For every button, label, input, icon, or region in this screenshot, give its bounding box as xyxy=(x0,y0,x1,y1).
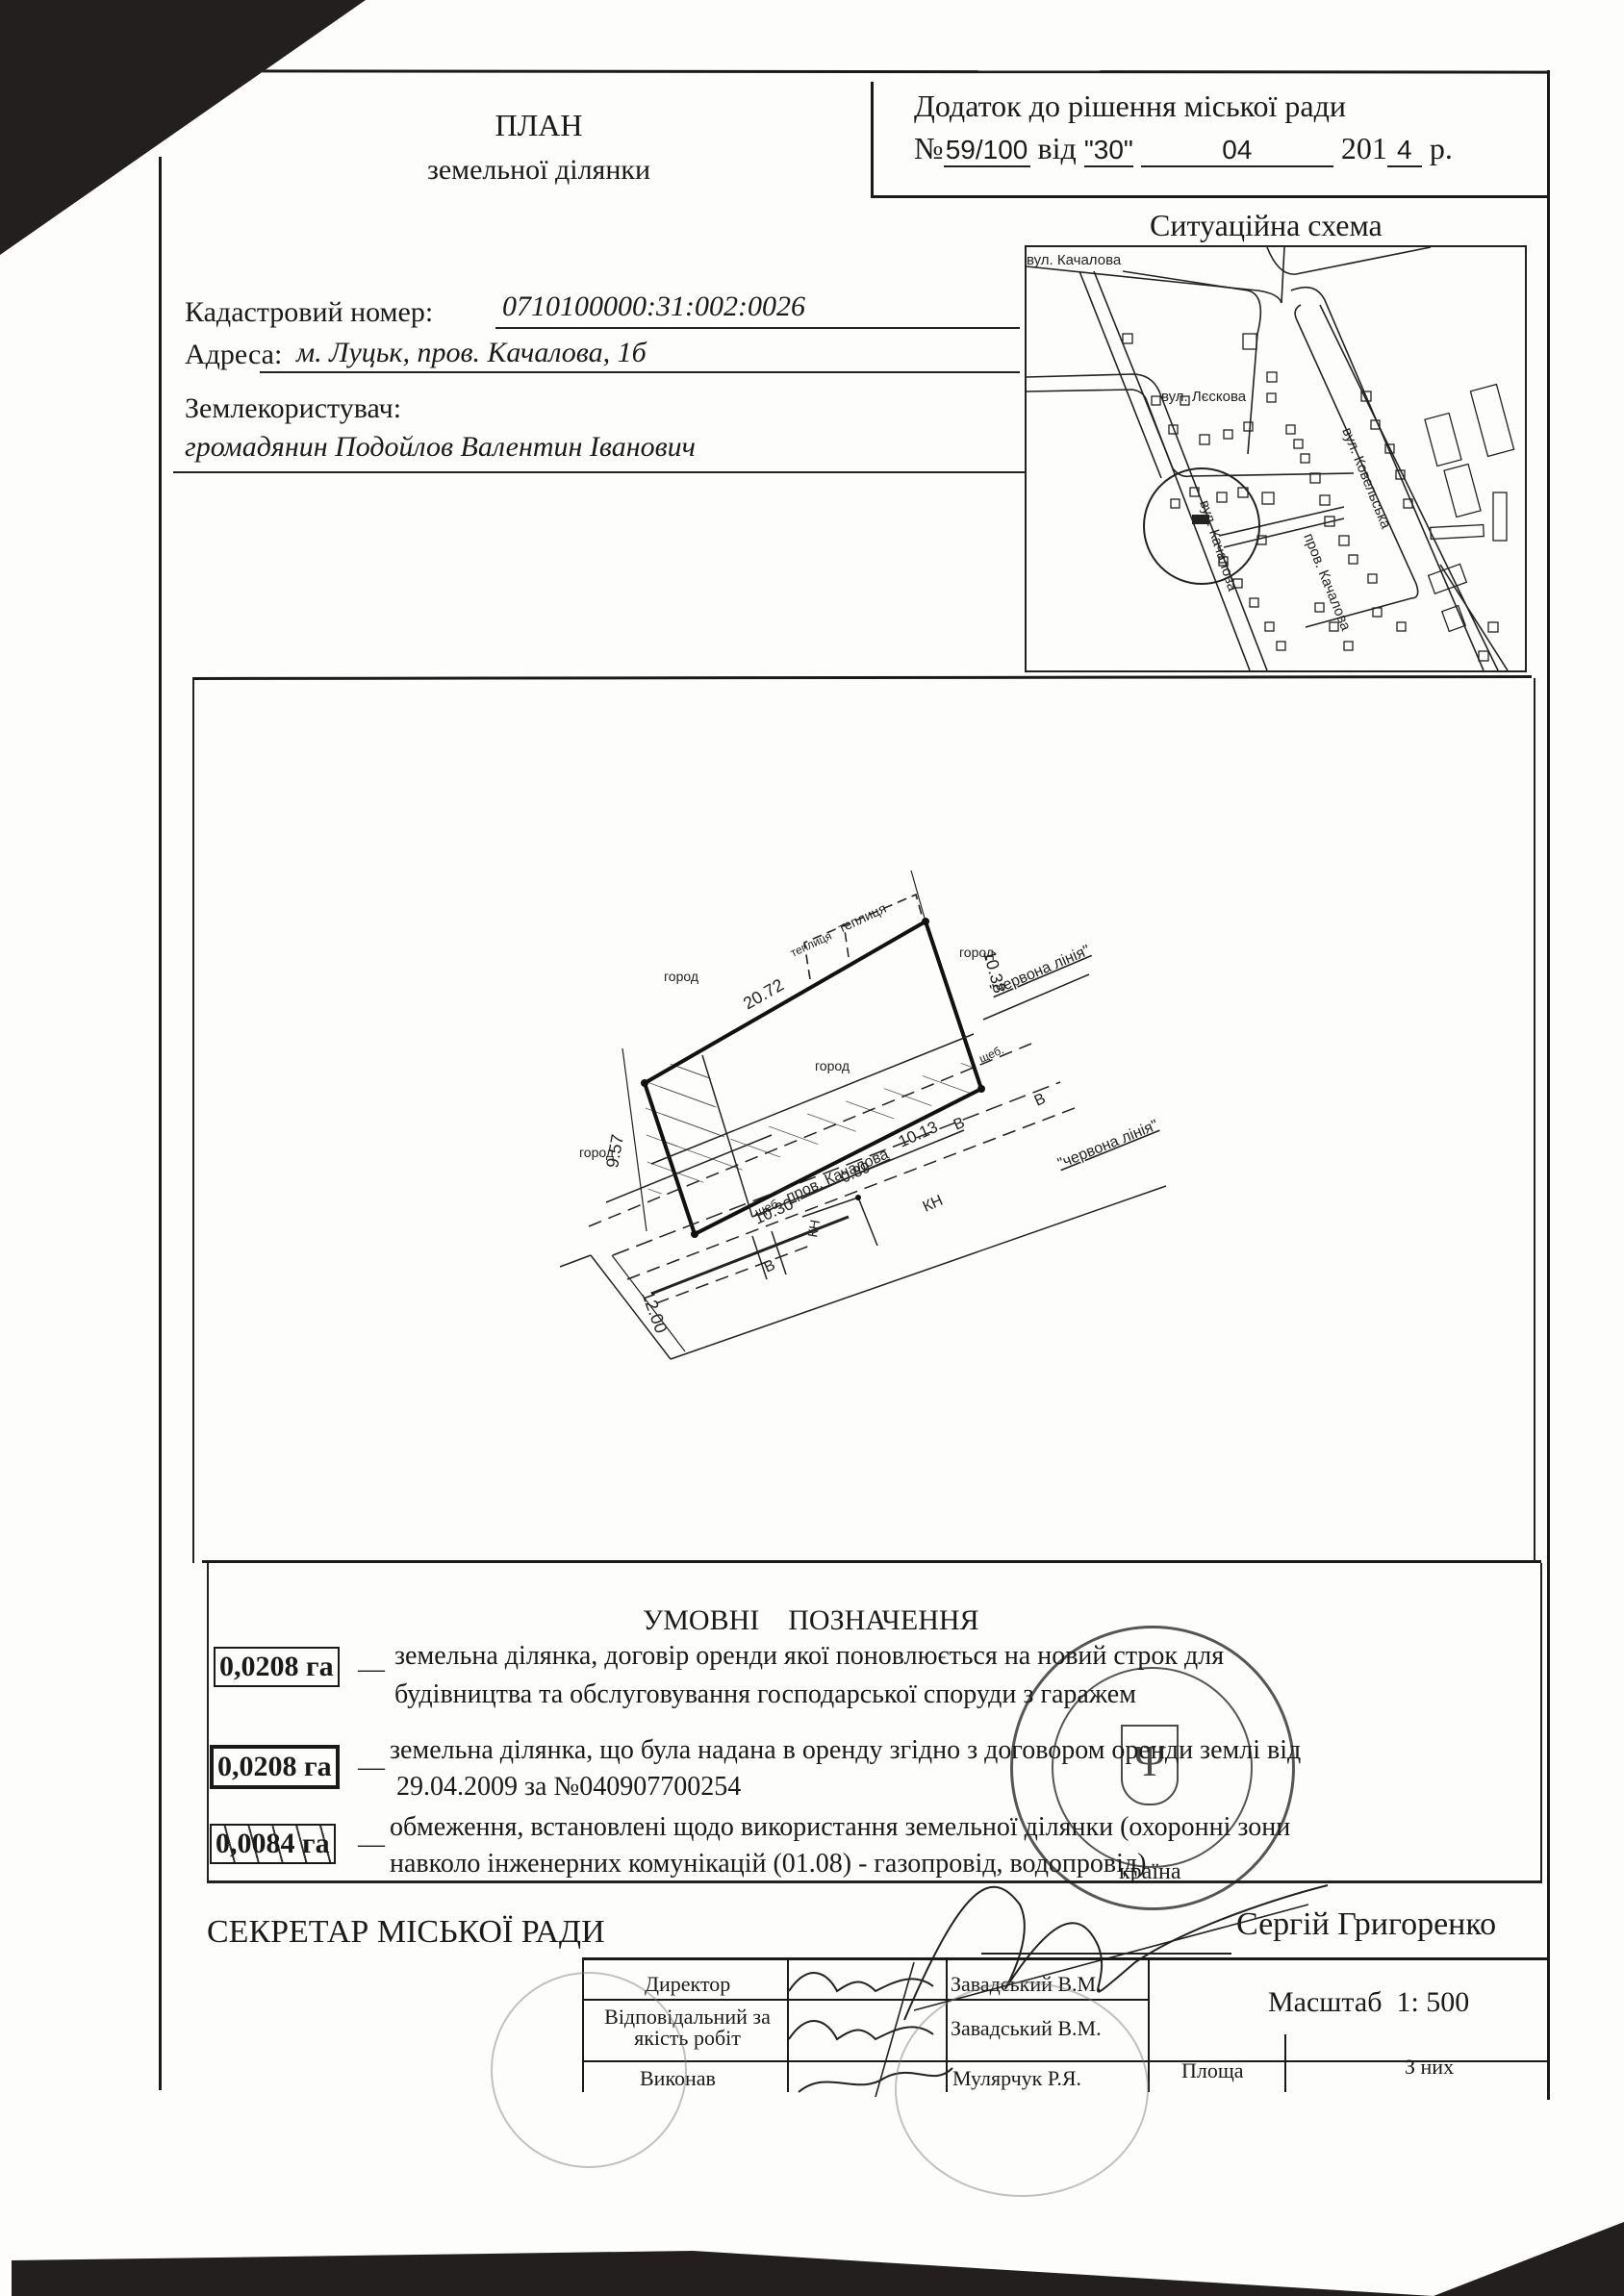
of-which-label: З них xyxy=(1405,2055,1454,2080)
appendix-line1: Додаток до рішення міської ради xyxy=(914,88,1346,124)
decision-month: 04 xyxy=(1141,135,1333,167)
decision-number: 59/100 xyxy=(944,135,1030,167)
svg-text:В: В xyxy=(952,1115,968,1134)
svg-text:город: город xyxy=(815,1058,850,1073)
decision-day: "30" xyxy=(1084,135,1133,167)
svg-text:пров. Качалова: пров. Качалова xyxy=(784,1146,892,1205)
svg-text:КН: КН xyxy=(921,1193,946,1216)
trident-emblem-icon: Ψ xyxy=(1121,1725,1179,1805)
svg-text:теплиця: теплиця xyxy=(788,929,833,960)
svg-text:9.57: 9.57 xyxy=(602,1133,627,1170)
area-label: Площа xyxy=(1181,2058,1244,2083)
address-label: Адреса: xyxy=(185,339,282,371)
folded-corner xyxy=(0,0,360,127)
land-user-label: Землекористувач: xyxy=(185,392,401,425)
plan-drawing-area: город город город город теплиця теплиця … xyxy=(192,678,1535,1563)
svg-text:В: В xyxy=(1032,1091,1049,1110)
svg-text:вул. Качалова: вул. Качалова xyxy=(1027,252,1122,268)
legend-area-renewed: 0,0208 га xyxy=(214,1647,340,1687)
engineer-stamp xyxy=(895,1981,1149,2197)
scheme-map-drawing: вул. Качалова вул. Лєскова вул. Ковельсь… xyxy=(1027,247,1525,670)
plan-title: ПЛАН xyxy=(346,108,731,143)
legend-area-previous-lease: 0,0208 га xyxy=(210,1745,340,1789)
secretary-title: СЕКРЕТАР МІСЬКОЇ РАДИ xyxy=(207,1914,605,1951)
document-page: ПЛАН земельної ділянки Додаток до рішенн… xyxy=(0,0,1624,2296)
svg-text:щеб.: щеб. xyxy=(977,1043,1006,1066)
svg-text:КН: КН xyxy=(804,1219,823,1239)
svg-text:вул. Лєскова: вул. Лєскова xyxy=(1161,389,1247,405)
cadastral-number: 0710100000:31:002:0026 xyxy=(502,290,805,323)
land-plot-plan: город город город город теплиця теплиця … xyxy=(194,678,1534,1563)
plan-subtitle: земельної ділянки xyxy=(346,154,731,187)
scale-label: Масштаб 1: 500 xyxy=(1268,1986,1469,2019)
svg-text:пров. Качалова: пров. Качалова xyxy=(1300,531,1354,634)
frame-left xyxy=(159,157,162,2090)
land-user-value: громадянин Подойлов Валентин Іванович xyxy=(185,431,696,464)
role-director: Директор xyxy=(645,1972,730,1997)
appendix-line2: №59/100 від "30" 04 2014 р. xyxy=(914,131,1453,167)
svg-text:город: город xyxy=(664,969,698,984)
scheme-title: Ситуаційна схема xyxy=(1150,208,1383,243)
address-value: м. Луцьк, пров. Качалова, 1б xyxy=(296,337,647,369)
svg-text:12.00: 12.00 xyxy=(638,1289,671,1336)
svg-text:20.72: 20.72 xyxy=(740,975,787,1014)
legend-text-previous-2: 29.04.2009 за №040907700254 xyxy=(390,1768,741,1806)
svg-text:теплиця: теплиця xyxy=(836,900,889,936)
svg-text:"червона лінія": "червона лінія" xyxy=(1055,1117,1160,1172)
situational-scheme-map: вул. Качалова вул. Лєскова вул. Ковельсь… xyxy=(1025,245,1527,672)
svg-text:10.38: 10.38 xyxy=(979,948,1009,996)
cadastral-label: Кадастровий номер: xyxy=(185,296,433,329)
decision-year-digit: 4 xyxy=(1387,135,1422,167)
frame-right xyxy=(1547,70,1550,2100)
legend-title: УМОВНІ ПОЗНАЧЕННЯ xyxy=(643,1604,979,1637)
frame-top xyxy=(250,69,1549,73)
legend-area-restrictions: 0,0084 га xyxy=(210,1824,336,1864)
faint-stamp xyxy=(491,1972,687,2168)
